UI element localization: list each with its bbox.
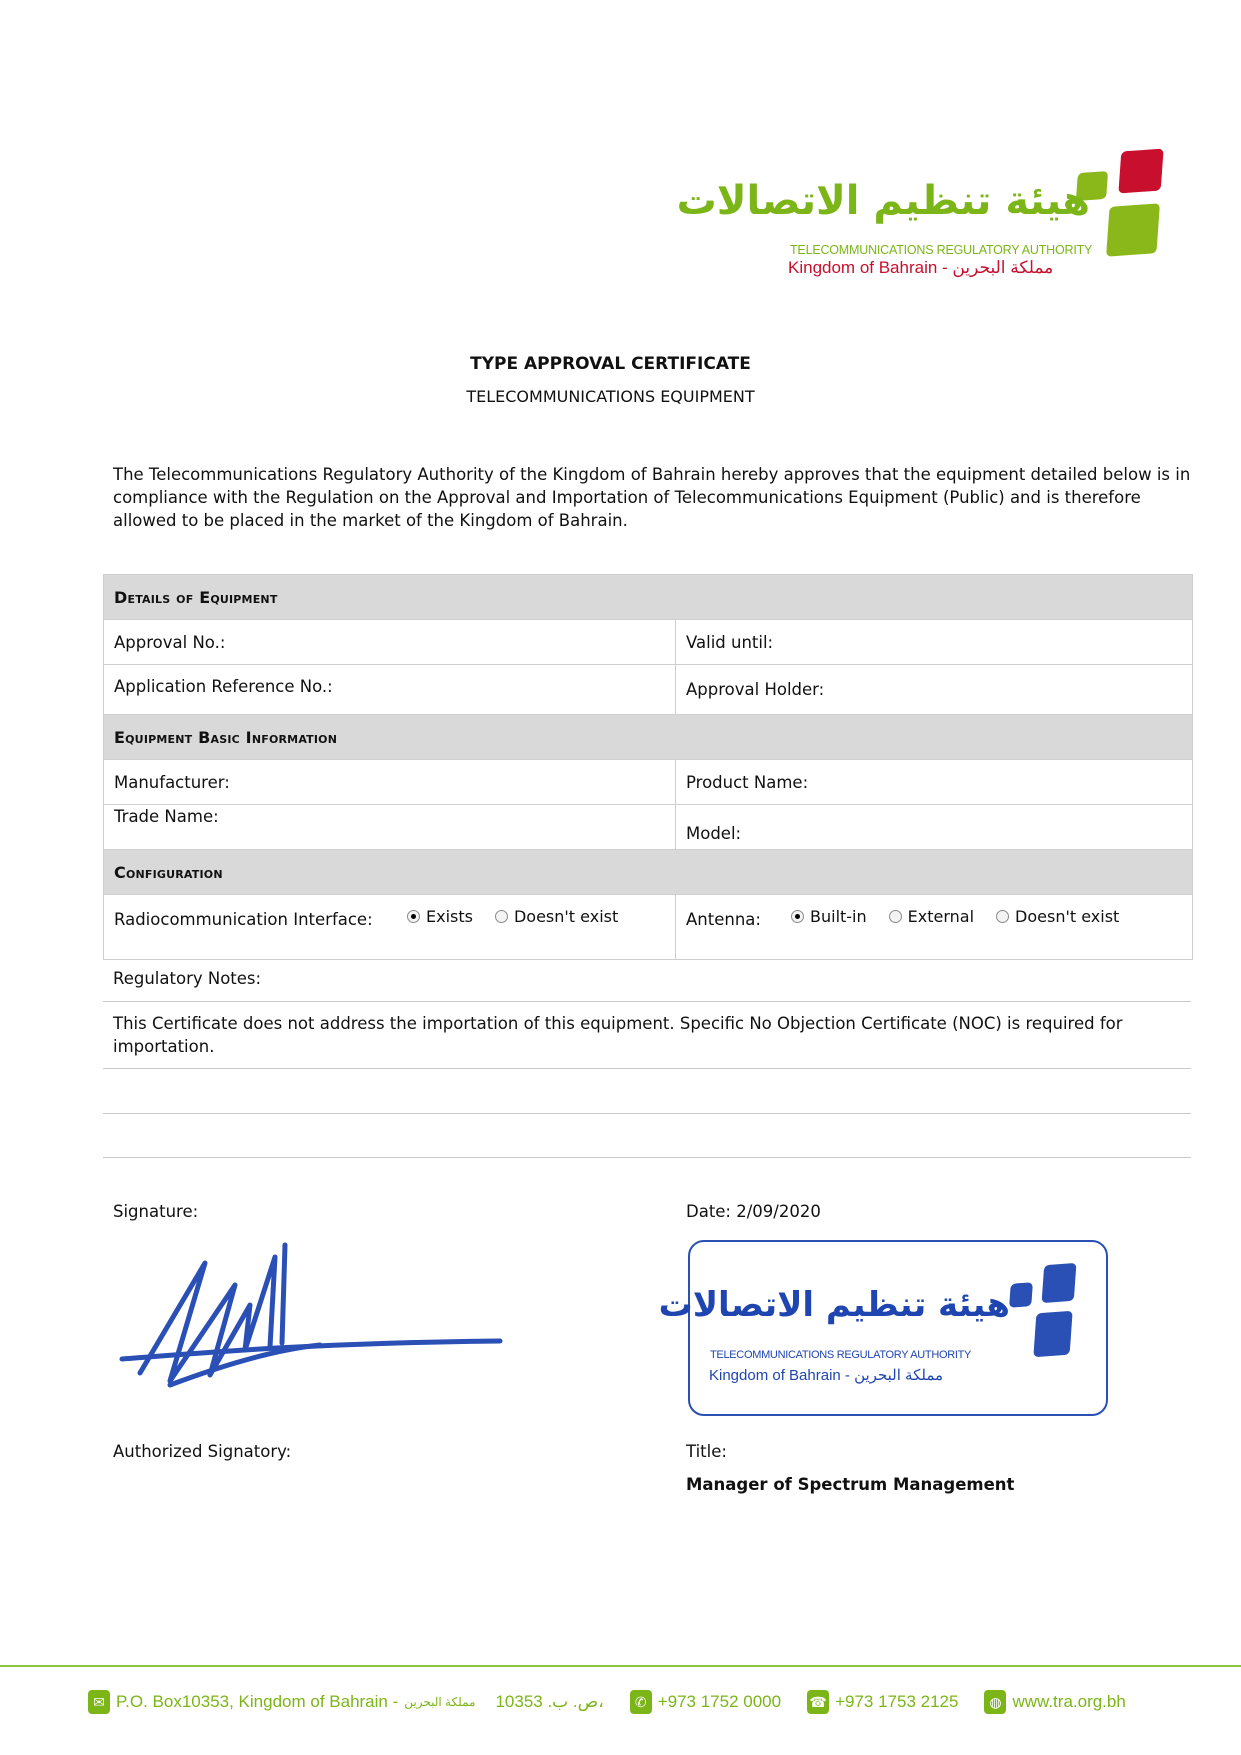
radio-unselected-icon (889, 910, 902, 923)
field-label: Application Reference No.: (114, 677, 333, 696)
mail-icon: ✉ (88, 1690, 110, 1714)
globe-icon: ◍ (984, 1690, 1006, 1714)
antenna-doesnt-exist-option[interactable]: Doesn't exist (996, 907, 1119, 926)
field-label: Antenna: (686, 907, 791, 929)
fax-number: +973 1753 2125 (835, 1692, 958, 1712)
table-row: Application Reference No.: Approval Hold… (104, 665, 1192, 715)
radiocommunication-interface-field: Radiocommunication Interface: Exists Doe… (104, 895, 676, 959)
field-label: Model: (686, 824, 741, 843)
stamp-square-bottom (1033, 1311, 1072, 1357)
option-label: Doesn't exist (514, 907, 618, 926)
approval-holder-field: Approval Holder: (676, 665, 1192, 714)
logo-english-name: TELECOMMUNICATIONS REGULATORY AUTHORITY (790, 243, 1092, 257)
antenna-field: Antenna: Built-in External Doesn't exist (676, 895, 1192, 959)
field-label: Manufacturer: (114, 773, 230, 792)
radio-selected-icon (791, 910, 804, 923)
field-label: Valid until: (686, 633, 773, 652)
radio-interface-doesnt-exist-option[interactable]: Doesn't exist (495, 907, 618, 926)
document-title: TYPE APPROVAL CERTIFICATE (0, 354, 1221, 374)
po-box-arabic: ص. ب. 10353، (495, 1692, 603, 1712)
footer-phone[interactable]: ✆ +973 1752 0000 (630, 1690, 781, 1714)
table-row: Trade Name: Model: (104, 805, 1192, 850)
section-heading-basic-info: Equipment Basic Information (104, 715, 1192, 760)
signature-label: Signature: (113, 1202, 198, 1221)
field-label: Approval Holder: (686, 680, 824, 699)
date-label: Date: 2/09/2020 (686, 1202, 821, 1221)
option-label: Built-in (810, 907, 867, 926)
divider (103, 1001, 1191, 1002)
logo-country-line: Kingdom of Bahrain - مملكة البحرين (788, 258, 1053, 278)
intro-paragraph: The Telecommunications Regulatory Author… (113, 463, 1193, 532)
field-label: Trade Name: (114, 807, 219, 826)
address-english: P.O. Box10353, Kingdom of Bahrain - (116, 1692, 398, 1712)
website-link[interactable]: www.tra.org.bh (1012, 1692, 1125, 1712)
application-reference-field: Application Reference No.: (104, 665, 676, 714)
radio-unselected-icon (996, 910, 1009, 923)
divider (103, 1068, 1191, 1069)
address-arabic: مملكة البحرين (404, 1695, 475, 1709)
authorized-signatory-label: Authorized Signatory: (113, 1442, 291, 1461)
stamp-country-line: Kingdom of Bahrain - مملكة البحرين (709, 1366, 943, 1384)
phone-icon: ✆ (630, 1690, 652, 1714)
divider (103, 1157, 1191, 1158)
logo-square-red (1118, 149, 1163, 194)
product-name-field: Product Name: (676, 760, 1192, 804)
stamp-arabic-name: هيئة تنظيم الاتصالات (705, 1285, 1010, 1325)
equipment-details-table: Details of Equipment Approval No.: Valid… (103, 574, 1193, 960)
trade-name-field: Trade Name: (104, 805, 676, 849)
handwritten-signature (110, 1235, 510, 1405)
divider (103, 1113, 1191, 1114)
radio-interface-exists-option[interactable]: Exists (407, 907, 473, 926)
approval-no-field: Approval No.: (104, 620, 676, 664)
radio-selected-icon (407, 910, 420, 923)
regulatory-notes-text: This Certificate does not address the im… (113, 1012, 1173, 1058)
table-row: Manufacturer: Product Name: (104, 760, 1192, 805)
logo-arabic-name: هيئة تنظيم الاتصالات (785, 178, 1090, 224)
footer-divider (0, 1665, 1241, 1667)
phone-number: +973 1752 0000 (658, 1692, 781, 1712)
footer-address: ✉ P.O. Box10353, Kingdom of Bahrain - مم… (88, 1690, 604, 1714)
section-heading-details: Details of Equipment (104, 575, 1192, 620)
signatory-title-value: Manager of Spectrum Management (686, 1475, 1014, 1494)
antenna-built-in-option[interactable]: Built-in (791, 907, 867, 926)
footer-fax[interactable]: ☎ +973 1753 2125 (807, 1690, 958, 1714)
model-field: Model: (676, 805, 1192, 849)
field-label: Product Name: (686, 773, 808, 792)
radio-interface-radio-group: Exists Doesn't exist (407, 907, 640, 926)
signatory-title-label: Title: (686, 1442, 727, 1461)
stamp-english-name: TELECOMMUNICATIONS REGULATORY AUTHORITY (710, 1349, 971, 1361)
antenna-external-option[interactable]: External (889, 907, 974, 926)
section-heading-configuration: Configuration (104, 850, 1192, 895)
option-label: Doesn't exist (1015, 907, 1119, 926)
valid-until-field: Valid until: (676, 620, 1192, 664)
footer-contact-bar: ✉ P.O. Box10353, Kingdom of Bahrain - مم… (88, 1690, 1152, 1714)
stamp-square-small (1009, 1282, 1033, 1307)
manufacturer-field: Manufacturer: (104, 760, 676, 804)
fax-icon: ☎ (807, 1690, 829, 1714)
footer-website[interactable]: ◍ www.tra.org.bh (984, 1690, 1125, 1714)
option-label: External (908, 907, 974, 926)
stamp-square-top (1042, 1263, 1077, 1303)
table-row: Radiocommunication Interface: Exists Doe… (104, 895, 1192, 960)
field-label: Radiocommunication Interface: (114, 907, 407, 929)
radio-unselected-icon (495, 910, 508, 923)
field-label: Approval No.: (114, 633, 225, 652)
table-row: Approval No.: Valid until: (104, 620, 1192, 665)
antenna-radio-group: Built-in External Doesn't exist (791, 907, 1141, 926)
logo-square-large-green (1106, 203, 1160, 256)
option-label: Exists (426, 907, 473, 926)
regulatory-notes-label: Regulatory Notes: (113, 969, 261, 988)
document-subtitle: TELECOMMUNICATIONS EQUIPMENT (0, 387, 1221, 406)
